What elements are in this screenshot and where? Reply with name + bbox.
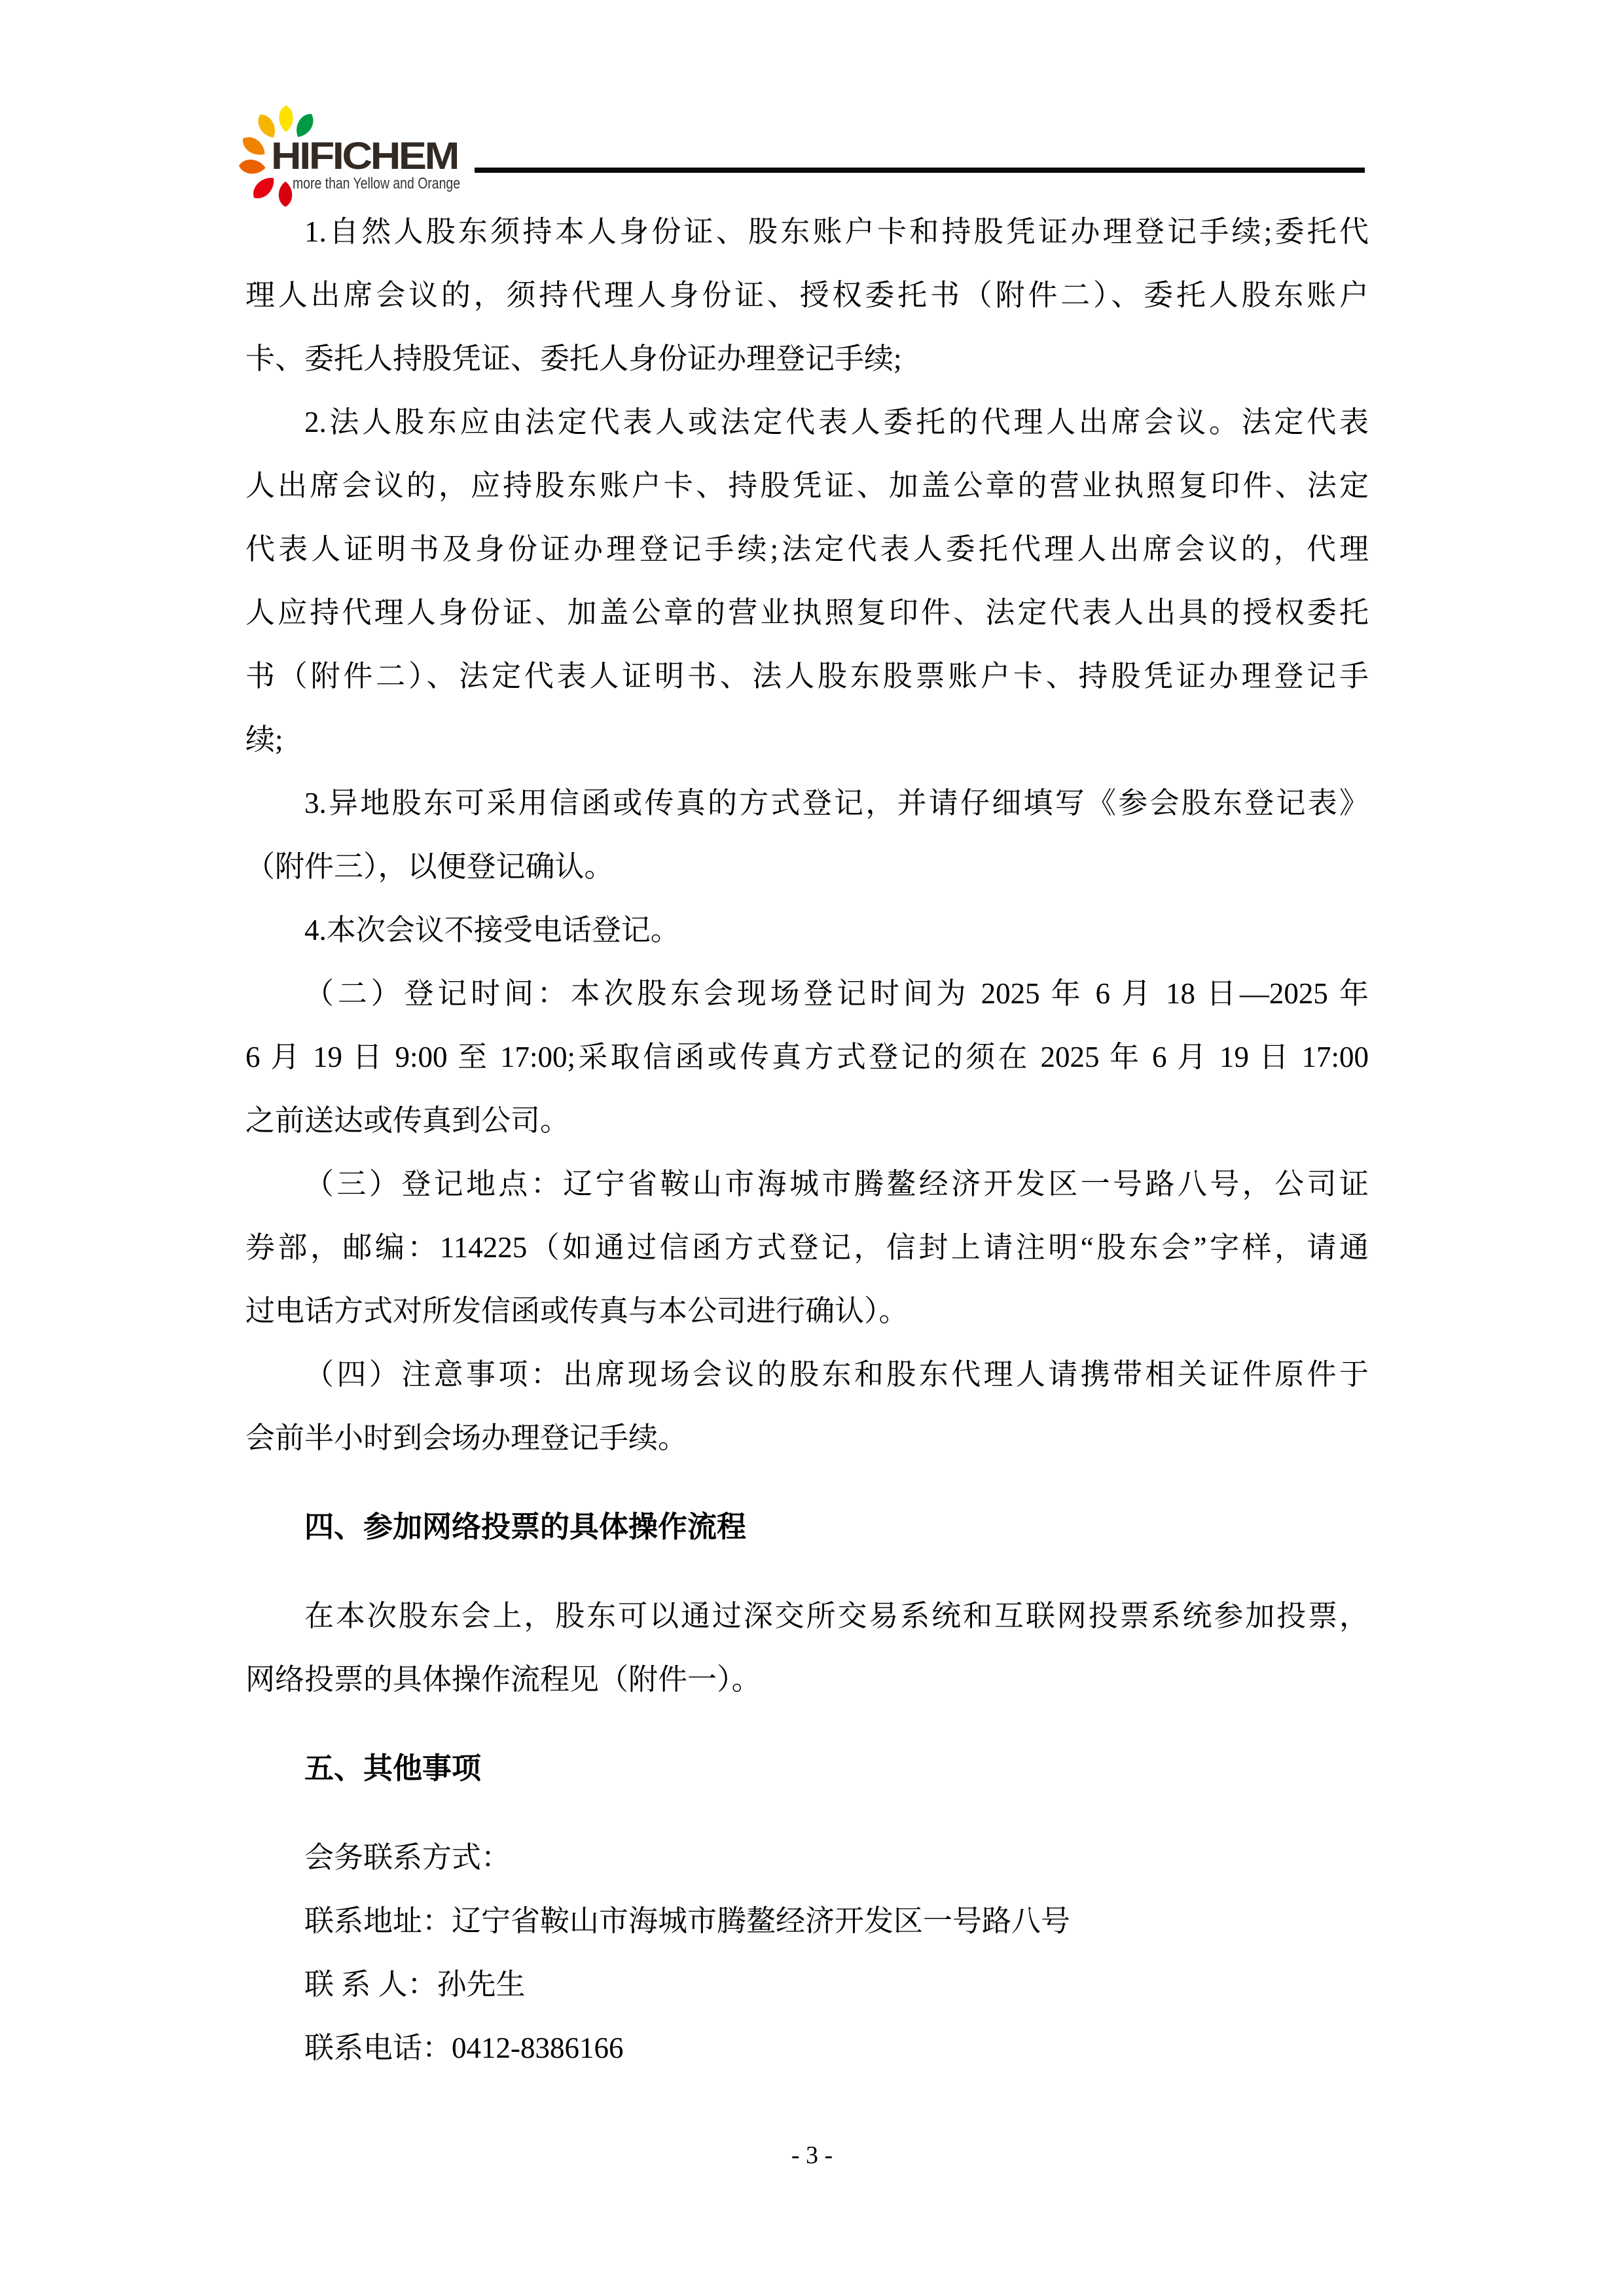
text-line: 代表人证明书及身份证办理登记手续;法定代表人委托代理人出席会议的，代理 [245,518,1369,581]
text-line: 3.异地股东可采用信函或传真的方式登记，并请仔细填写《参会股东登记表》 [245,772,1369,835]
contact-line: 联系地址：辽宁省鞍山市海城市腾鳌经济开发区一号路八号 [245,1890,1369,1953]
logo-wordmark: HIFICHEM [271,135,458,177]
text-line: 之前送达或传真到公司。 [245,1089,1369,1153]
text-line: 会前半小时到会场办理登记手续。 [245,1407,1369,1470]
paragraph: 1.自然人股东须持本人身份证、股东账户卡和持股凭证办理登记手续;委托代 理人出席… [245,200,1369,391]
paragraph: （三）登记地点：辽宁省鞍山市海城市腾鳌经济开发区一号路八号，公司证 券部，邮编：… [245,1153,1369,1343]
text-line: （三）登记地点：辽宁省鞍山市海城市腾鳌经济开发区一号路八号，公司证 [245,1153,1369,1216]
contact-line: 联 系 人：孙先生 [245,1953,1369,2017]
text-line: 过电话方式对所发信函或传真与本公司进行确认）。 [245,1280,1369,1343]
text-line: 在本次股东会上，股东可以通过深交所交易系统和互联网投票系统参加投票， [245,1585,1369,1648]
paragraph: 3.异地股东可采用信函或传真的方式登记，并请仔细填写《参会股东登记表》 （附件三… [245,772,1369,899]
text-line: （附件三），以便登记确认。 [245,835,1369,899]
paragraph: （四）注意事项：出席现场会议的股东和股东代理人请携带相关证件原件于 会前半小时到… [245,1343,1369,1470]
contact-line: 会务联系方式： [245,1826,1369,1890]
paragraph: 在本次股东会上，股东可以通过深交所交易系统和互联网投票系统参加投票， 网络投票的… [245,1585,1369,1712]
document-body: 1.自然人股东须持本人身份证、股东账户卡和持股凭证办理登记手续;委托代 理人出席… [245,200,1369,2080]
contact-block: 会务联系方式： 联系地址：辽宁省鞍山市海城市腾鳌经济开发区一号路八号 联 系 人… [245,1826,1369,2080]
text-line: （二）登记时间：本次股东会现场登记时间为 2025 年 6 月 18 日—202… [245,962,1369,1026]
text-line: 4.本次会议不接受电话登记。 [245,899,1369,962]
contact-line: 联系电话：0412-8386166 [245,2017,1369,2080]
text-line: 网络投票的具体操作流程见（附件一）。 [245,1648,1369,1712]
text-line: 6 月 19 日 9:00 至 17:00;采取信函或传真方式登记的须在 202… [245,1026,1369,1089]
paragraph: 2.法人股东应由法定代表人或法定代表人委托的代理人出席会议。法定代表 人出席会议… [245,391,1369,772]
section-heading-5: 五、其他事项 [245,1736,1369,1800]
text-line: 卡、委托人持股凭证、委托人身份证办理登记手续; [245,327,1369,391]
text-line: 2.法人股东应由法定代表人或法定代表人委托的代理人出席会议。法定代表 [245,391,1369,454]
text-line: 人出席会议的，应持股东账户卡、持股凭证、加盖公章的营业执照复印件、法定 [245,454,1369,518]
paragraph: 4.本次会议不接受电话登记。 [245,899,1369,962]
page-number: - 3 - [0,2124,1624,2187]
text-line: 书（附件二）、法定代表人证明书、法人股东股票账户卡、持股凭证办理登记手 [245,645,1369,708]
logo-tagline: more than Yellow and Orange [293,175,460,192]
paragraph: （二）登记时间：本次股东会现场登记时间为 2025 年 6 月 18 日—202… [245,962,1369,1153]
text-line: 1.自然人股东须持本人身份证、股东账户卡和持股凭证办理登记手续;委托代 [245,200,1369,264]
text-line: 续; [245,708,1369,772]
text-line: 券部，邮编：114225（如通过信函方式登记，信封上请注明“股东会”字样，请通 [245,1216,1369,1280]
header-rule [475,168,1365,173]
text-line: 人应持代理人身份证、加盖公章的营业执照复印件、法定代表人出具的授权委托 [245,581,1369,645]
text-line: （四）注意事项：出席现场会议的股东和股东代理人请携带相关证件原件于 [245,1343,1369,1407]
document-page: HIFICHEM more than Yellow and Orange 1.自… [0,0,1624,2296]
text-line: 理人出席会议的，须持代理人身份证、授权委托书（附件二）、委托人股东账户 [245,264,1369,327]
section-heading-4: 四、参加网络投票的具体操作流程 [245,1495,1369,1558]
